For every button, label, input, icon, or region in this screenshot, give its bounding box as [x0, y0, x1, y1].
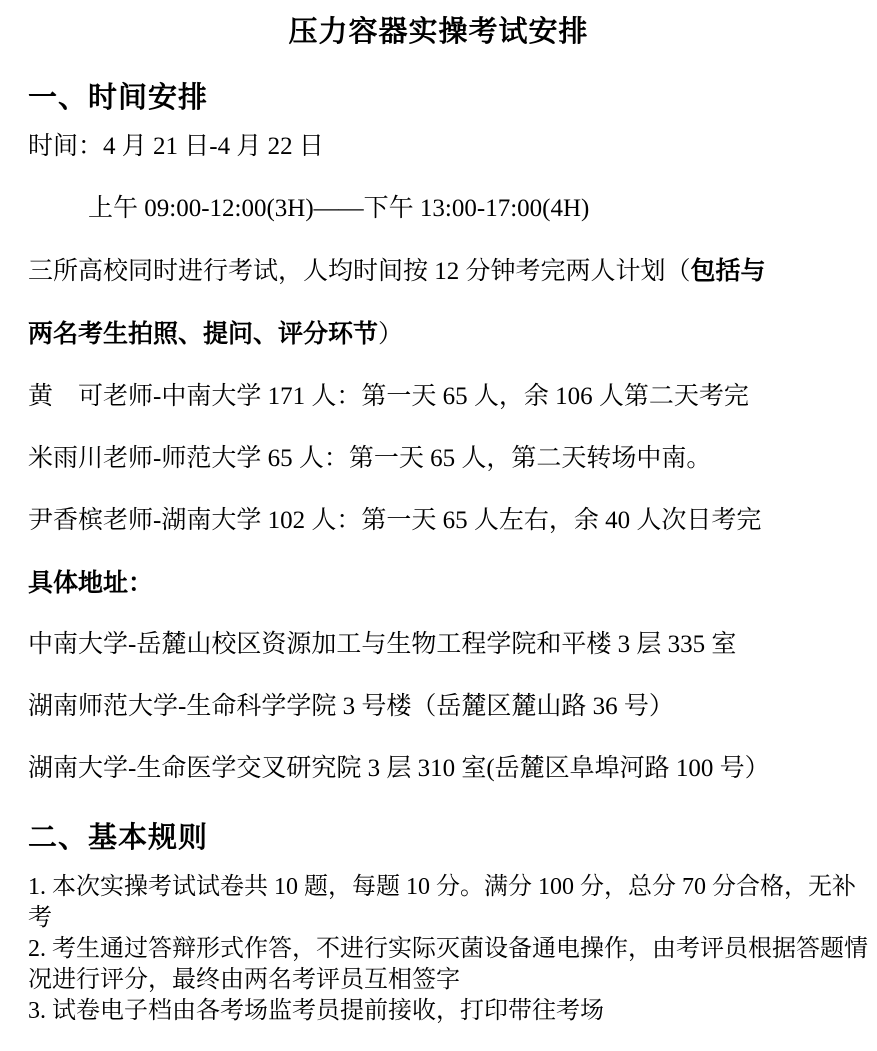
rule-line: 考 [28, 903, 849, 934]
plan-line-1-bold: 包括与 [691, 257, 766, 285]
document-page: 压力容器实操考试安排 一、时间安排 时间：4 月 21 日-4 月 22 日 上… [0, 0, 877, 1051]
rule-line: 3. 试卷电子档由各考场监考员提前接收，打印带往考场 [28, 996, 849, 1027]
address-line: 中南大学-岳麓山校区资源加工与生物工程学院和平楼 3 层 335 室 [28, 614, 849, 676]
schedule-line-text: 上午 09:00-12:00(3H)——下午 13:00-17:00(4H) [88, 195, 589, 222]
time-line-text: 时间：4 月 21 日-4 月 22 日 [28, 133, 324, 160]
plan-line-1: 三所高校同时进行考试，人均时间按 12 分钟考完两人计划（包括与 [28, 240, 849, 303]
page-title: 压力容器实操考试安排 [28, 10, 849, 54]
rule-line: 1. 本次实操考试试卷共 10 题，每题 10 分。满分 100 分，总分 70… [28, 872, 849, 903]
rule-line: 况进行评分，最终由两名考评员互相签字 [28, 965, 849, 996]
address-line: 湖南师范大学-生命科学学院 3 号楼（岳麓区麓山路 36 号） [28, 676, 849, 738]
plan-line-2-bold: 两名考生拍照、提问、评分环节 [28, 320, 378, 348]
section-1-heading: 一、时间安排 [28, 80, 849, 116]
plan-line-2-normal: ） [378, 321, 403, 348]
address-heading: 具体地址： [28, 552, 849, 614]
plan-line-1-normal: 三所高校同时进行考试，人均时间按 12 分钟考完两人计划（ [28, 258, 691, 285]
section-2-heading: 二、基本规则 [28, 820, 849, 856]
examiner-line: 黄 可老师-中南大学 171 人：第一天 65 人，余 106 人第二天考完 [28, 366, 849, 428]
examiner-line: 米雨川老师-师范大学 65 人：第一天 65 人，第二天转场中南。 [28, 428, 849, 490]
address-line: 湖南大学-生命医学交叉研究院 3 层 310 室(岳麓区阜埠河路 100 号） [28, 738, 849, 800]
rule-line: 2. 考生通过答辩形式作答，不进行实际灭菌设备通电操作，由考评员根据答题情 [28, 934, 849, 965]
time-line: 时间：4 月 21 日-4 月 22 日 [28, 116, 849, 178]
plan-line-2: 两名考生拍照、提问、评分环节） [28, 303, 849, 366]
examiner-line: 尹香槟老师-湖南大学 102 人：第一天 65 人左右，余 40 人次日考完 [28, 490, 849, 552]
schedule-line: 上午 09:00-12:00(3H)——下午 13:00-17:00(4H) [28, 178, 849, 240]
rules-list: 1. 本次实操考试试卷共 10 题，每题 10 分。满分 100 分，总分 70… [28, 872, 849, 1027]
